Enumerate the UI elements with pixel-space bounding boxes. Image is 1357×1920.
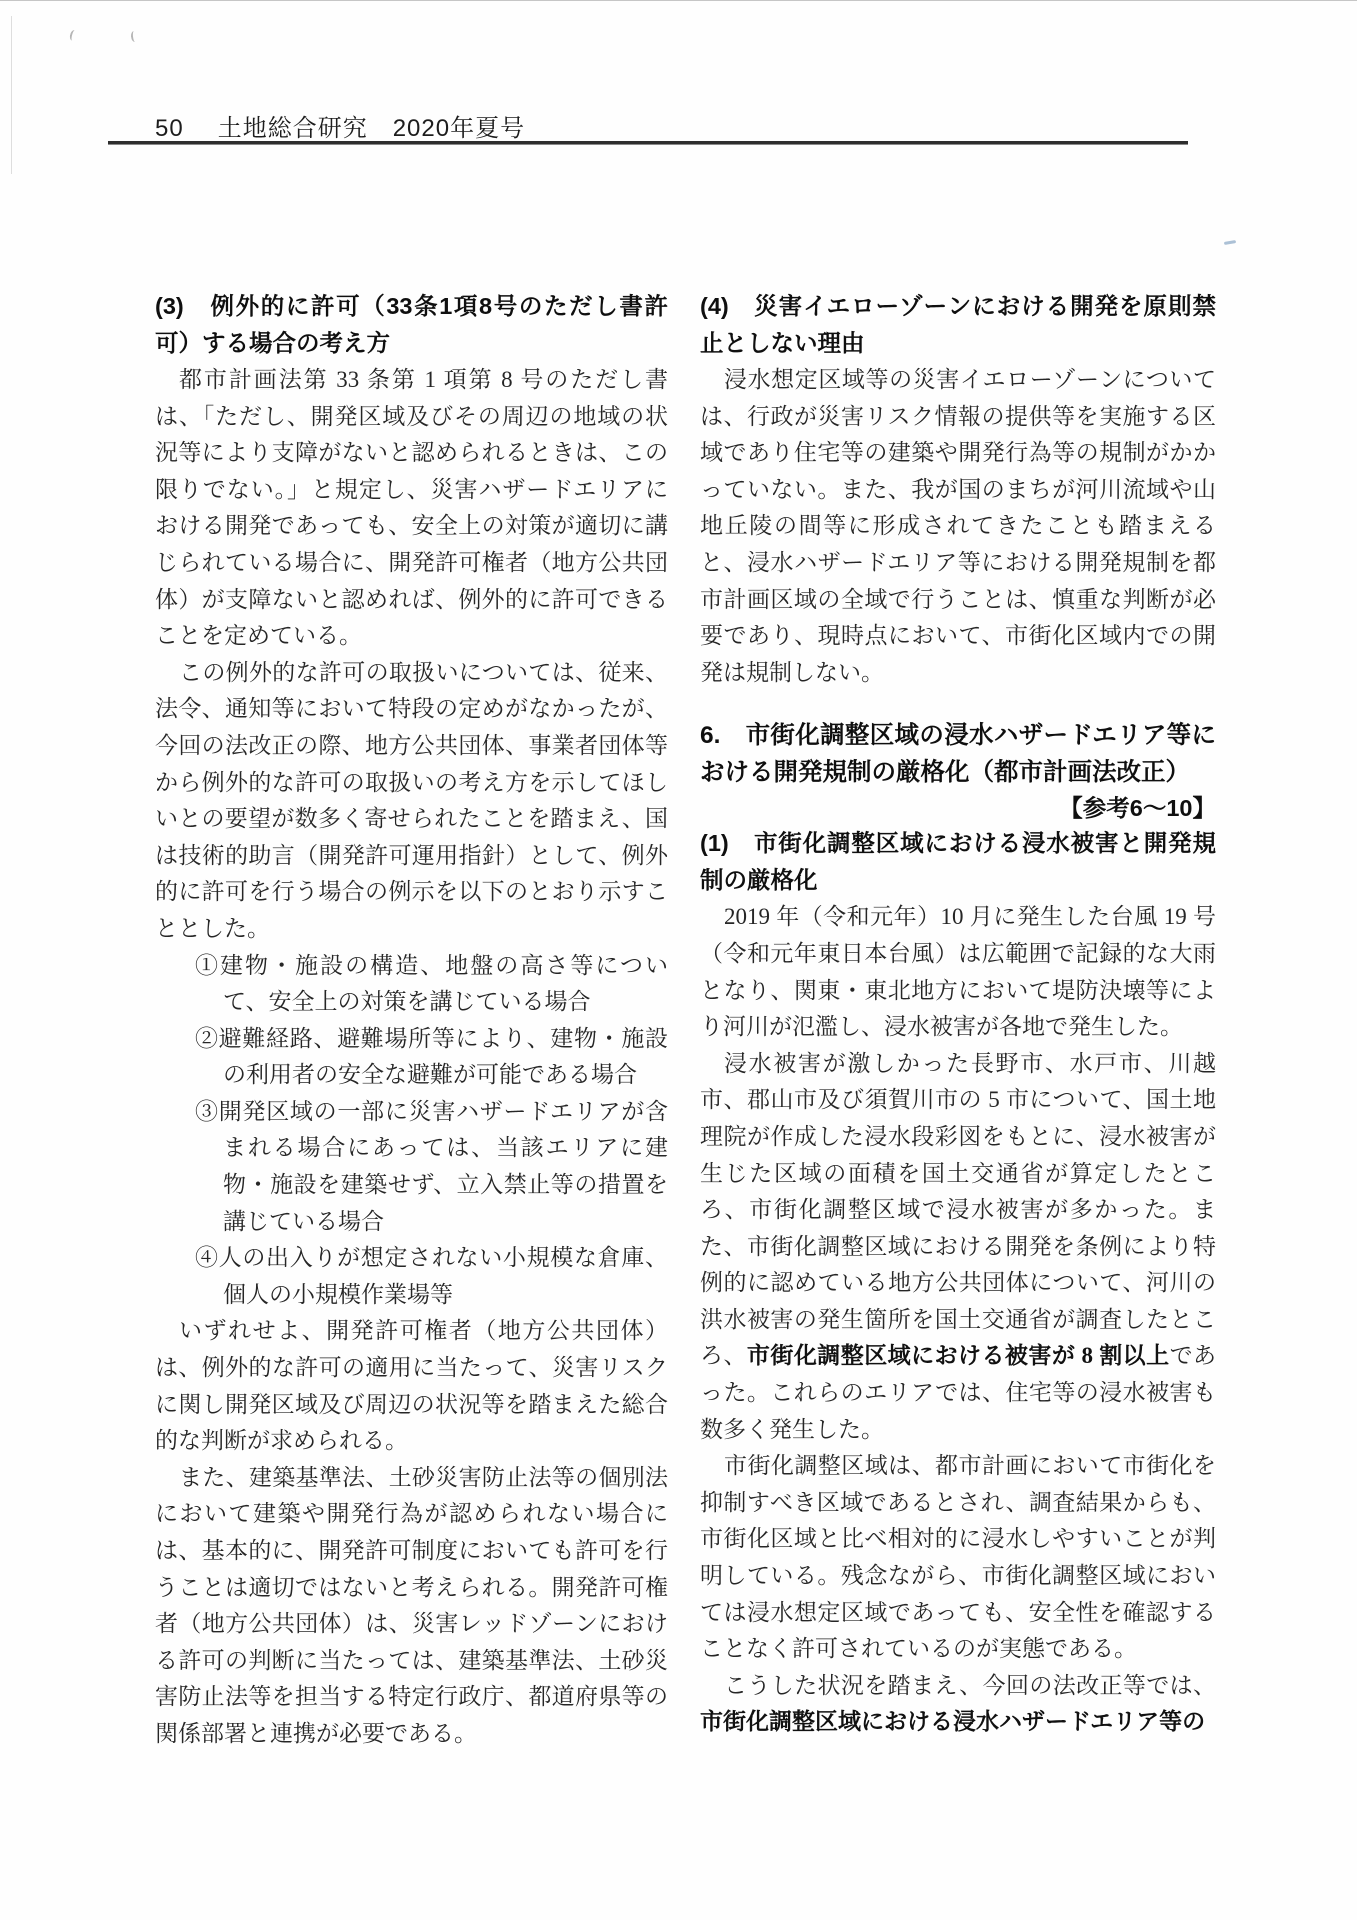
section4-heading: (4) 災害イエローゾーンにおける開発を原則禁止としない理由: [700, 288, 1216, 362]
right-column: (4) 災害イエローゾーンにおける開発を原則禁止としない理由 浸水想定区域等の災…: [700, 288, 1216, 1741]
paragraph: 都市計画法第 33 条第 1 項第 8 号のただし書は、「ただし、開発区域及びそ…: [155, 362, 668, 655]
paragraph: こうした状況を踏まえ、今回の法改正等では、市街化調整区域における浸水ハザードエリ…: [700, 1668, 1216, 1741]
paragraph: 浸水被害が激しかった長野市、水戸市、川越市、郡山市及び須賀川市の 5 市について…: [700, 1046, 1216, 1449]
paragraph-text: 浸水被害が激しかった長野市、水戸市、川越市、郡山市及び須賀川市の 5 市について…: [700, 1051, 1216, 1369]
emphasized-text: 市街化調整区域における浸水ハザードエリア等の: [700, 1709, 1205, 1734]
paragraph: いずれせよ、開発許可権者（地方公共団体）は、例外的な許可の適用に当たって、災害リ…: [155, 1313, 668, 1459]
document-page: 50土地総合研究 2020年夏号 (3) 例外的に許可（33条1項8号のただし書…: [0, 0, 1357, 1920]
scan-ink-mark: [1224, 240, 1236, 245]
numbered-list-item: ①建物・施設の構造、地盤の高さ等について、安全上の対策を講じている場合: [195, 948, 668, 1021]
left-column: (3) 例外的に許可（33条1項8号のただし書許可）する場合の考え方 都市計画法…: [155, 288, 668, 1753]
scan-edge-left: [11, 16, 12, 174]
numbered-list-item: ③開発区域の一部に災害ハザードエリアが含まれる場合にあっては、当該エリアに建物・…: [195, 1094, 668, 1240]
reference-label: 【参考6～10】: [700, 791, 1216, 825]
section6-heading: 6. 市街化調整区域の浸水ハザードエリア等における開発規制の厳格化（都市計画法改…: [700, 717, 1216, 791]
numbered-list-item: ④人の出入りが想定されない小規模な倉庫、個人の小規模作業場等: [195, 1240, 668, 1313]
paragraph: 2019 年（令和元年）10 月に発生した台風 19 号（令和元年東日本台風）は…: [700, 899, 1216, 1045]
paragraph: 市街化調整区域は、都市計画において市街化を抑制すべき区域であるとされ、調査結果か…: [700, 1448, 1216, 1668]
numbered-list-item: ②避難経路、避難場所等により、建物・施設の利用者の安全な避難が可能である場合: [195, 1021, 668, 1094]
pencil-mark: [69, 29, 78, 41]
journal-title: 土地総合研究 2020年夏号: [218, 115, 525, 142]
paragraph: また、建築基準法、土砂災害防止法等の個別法において建築や開発行為が認められない場…: [155, 1460, 668, 1753]
paragraph: この例外的な許可の取扱いについては、従来、法令、通知等において特段の定めがなかっ…: [155, 655, 668, 948]
pencil-mark: [130, 31, 138, 43]
page-header: 50土地総合研究 2020年夏号: [155, 108, 525, 143]
page-number: 50: [155, 115, 184, 142]
header-rule: [108, 141, 1188, 145]
section3-heading: (3) 例外的に許可（33条1項8号のただし書許可）する場合の考え方: [155, 288, 668, 362]
emphasized-text: 市街化調整区域における被害が 8 割以上: [747, 1343, 1170, 1368]
paragraph-text: こうした状況を踏まえ、今回の法改正等では、: [724, 1673, 1216, 1698]
section6-1-heading: (1) 市街化調整区域における浸水被害と開発規制の厳格化: [700, 825, 1216, 899]
paragraph: 浸水想定区域等の災害イエローゾーンについては、行政が災害リスク情報の提供等を実施…: [700, 362, 1216, 691]
scan-edge-top: [0, 0, 1357, 1]
